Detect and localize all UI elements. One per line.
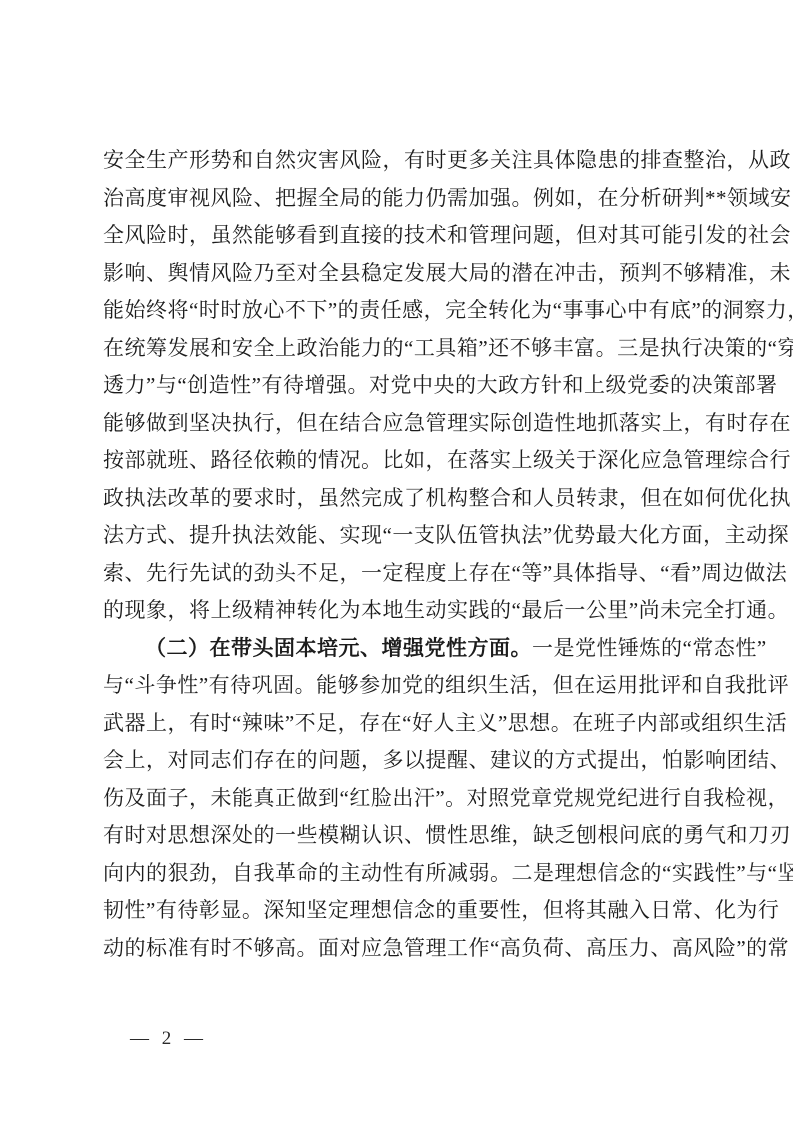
text-line: 伤及面子，未能真正做到“红脸出汗”。对照党章党规党纪进行自我检视， <box>103 780 692 818</box>
section-heading: （二）在带头固本培元、增强党性方面。 <box>145 636 532 660</box>
text-line: 治高度审视风险、把握全局的能力仍需加强。例如，在分析研判**领域安 <box>103 180 692 218</box>
document-body: 安全生产形势和自然灾害风险，有时更多关注具体隐患的排查整治，从政 治高度审视风险… <box>103 142 692 967</box>
text-line: 按部就班、路径依赖的情况。比如，在落实上级关于深化应急管理综合行 <box>103 442 692 480</box>
text-line: 全风险时，虽然能够看到直接的技术和管理问题，但对其可能引发的社会 <box>103 217 692 255</box>
text-line: 动的标准有时不够高。面对应急管理工作“高负荷、高压力、高风险”的常 <box>103 930 692 968</box>
text-line: 与“斗争性”有待巩固。能够参加党的组织生活，但在运用批评和自我批评 <box>103 667 692 705</box>
text-line: 影响、舆情风险乃至对全县稳定发展大局的潜在冲击，预判不够精准，未 <box>103 255 692 293</box>
text-line: 在统筹发展和安全上政治能力的“工具箱”还不够丰富。三是执行决策的“穿 <box>103 330 692 368</box>
text-line: 索、先行先试的劲头不足，一定程度上存在“等”具体指导、“看”周边做法 <box>103 555 692 593</box>
document-page: 安全生产形势和自然灾害风险，有时更多关注具体隐患的排查整治，从政 治高度审视风险… <box>0 0 793 1122</box>
page-number: — 2 — <box>130 1024 203 1054</box>
text-line: 能够做到坚决执行，但在结合应急管理实际创造性地抓落实上，有时存在 <box>103 405 692 443</box>
text-line: 透力”与“创造性”有待增强。对党中央的大政方针和上级党委的决策部署 <box>103 367 692 405</box>
text-line: 韧性”有待彰显。深知坚定理想信念的重要性，但将其融入日常、化为行 <box>103 892 692 930</box>
text-line: 能始终将“时时放心不下”的责任感，完全转化为“事事心中有底”的洞察力， <box>103 292 692 330</box>
text-line: 的现象，将上级精神转化为本地生动实践的“最后一公里”尚未完全打通。 <box>103 592 692 630</box>
text-line: 政执法改革的要求时，虽然完成了机构整合和人员转隶，但在如何优化执 <box>103 480 692 518</box>
text-line: 法方式、提升执法效能、实现“一支队伍管执法”优势最大化方面，主动探 <box>103 517 692 555</box>
text-line: 安全生产形势和自然灾害风险，有时更多关注具体隐患的排查整治，从政 <box>103 142 692 180</box>
text-line: 有时对思想深处的一些模糊认识、惯性思维，缺乏刨根问底的勇气和刀刃 <box>103 817 692 855</box>
text-line-paragraph-start: （二）在带头固本培元、增强党性方面。一是党性锤炼的“常态性” <box>103 630 692 668</box>
section-lead-text: 一是党性锤炼的“常态性” <box>532 636 767 660</box>
text-line: 向内的狠劲，自我革命的主动性有所减弱。二是理想信念的“实践性”与“坚 <box>103 855 692 893</box>
text-line: 会上，对同志们存在的问题，多以提醒、建议的方式提出，怕影响团结、 <box>103 742 692 780</box>
text-line: 武器上，有时“辣味”不足，存在“好人主义”思想。在班子内部或组织生活 <box>103 705 692 743</box>
